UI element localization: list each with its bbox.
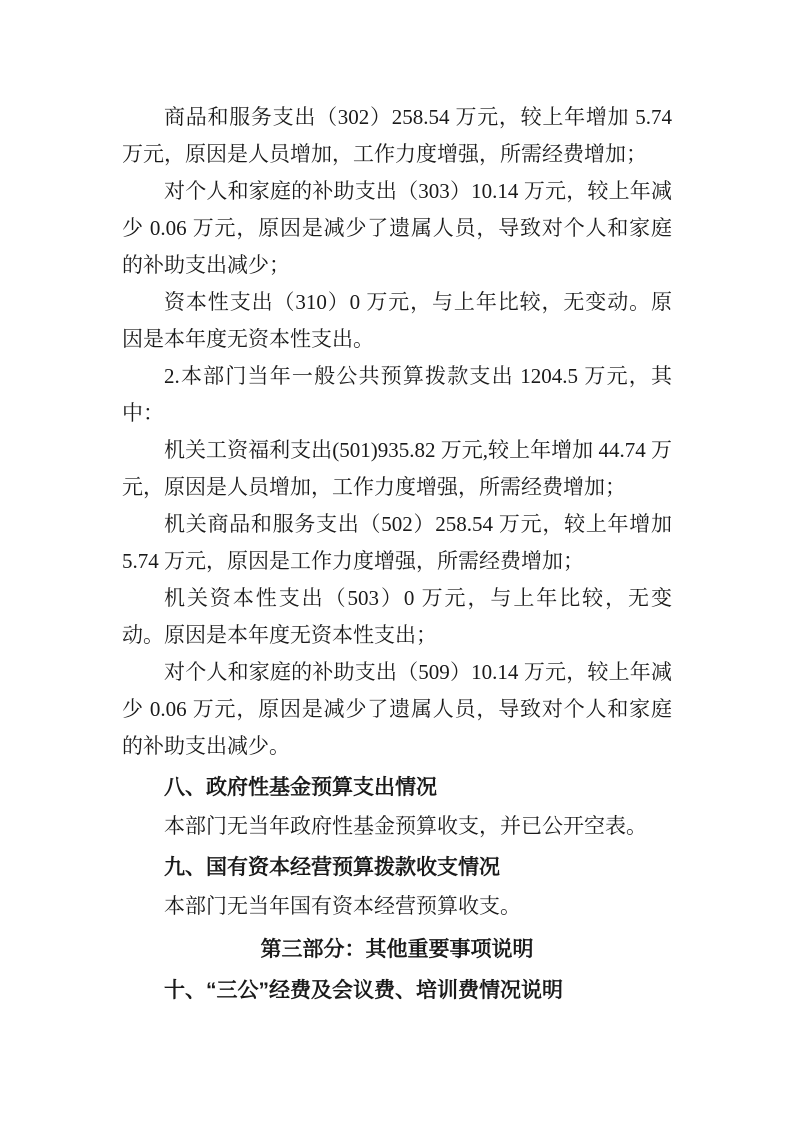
paragraph-agency-salary-welfare-501: 机关工资福利支出(501)935.82 万元,较上年增加 44.74 万元，原因…	[122, 432, 672, 506]
paragraph-agency-goods-services-502: 机关商品和服务支出（502）258.54 万元，较上年增加 5.74 万元，原因…	[122, 506, 672, 580]
section-heading-9-state-capital-budget: 九、国有资本经营预算拨款收支情况	[122, 849, 672, 886]
paragraph-agency-capital-expenditure-503: 机关资本性支出（503）0 万元，与上年比较，无变动。原因是本年度无资本性支出；	[122, 580, 672, 654]
paragraph-no-state-capital-budget: 本部门无当年国有资本经营预算收支。	[122, 888, 672, 925]
paragraph-individual-family-subsidy-509: 对个人和家庭的补助支出（509）10.14 万元，较上年减少 0.06 万元，原…	[122, 654, 672, 765]
section-heading-8-government-fund-budget: 八、政府性基金预算支出情况	[122, 769, 672, 806]
paragraph-goods-services-302: 商品和服务支出（302）258.54 万元，较上年增加 5.74 万元，原因是人…	[122, 99, 672, 173]
paragraph-individual-family-subsidy-303: 对个人和家庭的补助支出（303）10.14 万元，较上年减少 0.06 万元，原…	[122, 173, 672, 284]
section-heading-10-three-public-expenses: 十、“三公”经费及会议费、培训费情况说明	[122, 972, 672, 1009]
document-page: 商品和服务支出（302）258.54 万元，较上年增加 5.74 万元，原因是人…	[0, 0, 793, 1122]
paragraph-capital-expenditure-310: 资本性支出（310）0 万元，与上年比较，无变动。原因是本年度无资本性支出。	[122, 284, 672, 358]
paragraph-no-government-fund-budget: 本部门无当年政府性基金预算收支，并已公开空表。	[122, 808, 672, 845]
part-title-part-three: 第三部分：其他重要事项说明	[122, 931, 672, 968]
paragraph-general-public-budget-total: 2.本部门当年一般公共预算拨款支出 1204.5 万元，其中：	[122, 358, 672, 432]
